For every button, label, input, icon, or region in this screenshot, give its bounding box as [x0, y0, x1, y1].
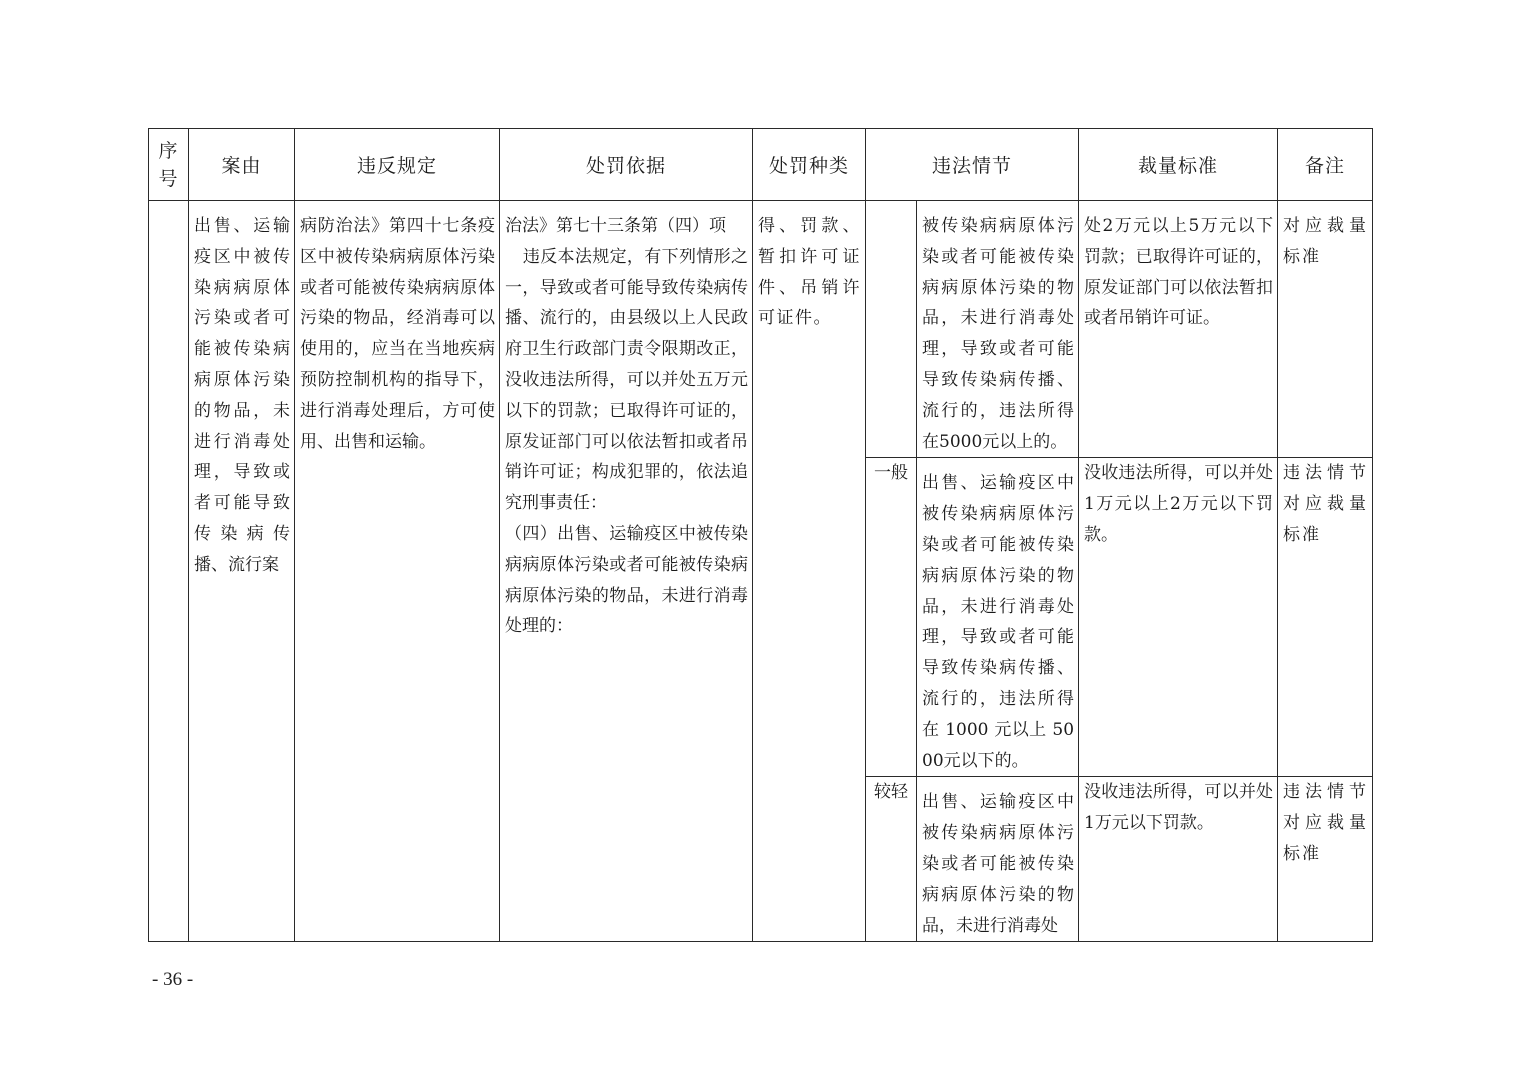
cell-remark-2: 违法情节对应裁量标准	[1278, 458, 1373, 777]
standard-text-1: 处2万元以上5万元以下罚款；已取得许可证的，原发证部门可以依法暂扣或者吊销许可证…	[1079, 201, 1277, 334]
header-circumstances: 违法情节	[866, 129, 1079, 201]
header-violated-rule: 违反规定	[295, 129, 500, 201]
header-discretion-standard: 裁量标准	[1079, 129, 1278, 201]
cell-standard-2: 没收违法所得，可以并处1万元以上2万元以下罚款。	[1079, 458, 1278, 777]
circumstance-text-2: 出售、运输疫区中被传染病病原体污染或者可能被传染病病原体污染的物品，未进行消毒处…	[917, 458, 1078, 776]
page-number: - 36 -	[152, 969, 193, 991]
remark-text-2: 违法情节对应裁量标准	[1278, 458, 1372, 550]
penalty-basis-para1: 违反本法规定，有下列情形之一，导致或者可能导致传染病传播、流行的，由县级以上人民…	[505, 242, 748, 519]
header-remarks: 备注	[1278, 129, 1373, 201]
penalty-basis-text: 治法》第七十三条第（四）项 违反本法规定，有下列情形之一，导致或者可能导致传染病…	[500, 201, 752, 642]
cell-circumstance-2: 出售、运输疫区中被传染病病原体污染或者可能被传染病病原体污染的物品，未进行消毒处…	[917, 458, 1079, 777]
cell-penalty-basis: 治法》第七十三条第（四）项 违反本法规定，有下列情形之一，导致或者可能导致传染病…	[500, 201, 753, 942]
circumstance-text-3: 出售、运输疫区中被传染病病原体污染或者可能被传染病病原体污染的物品，未进行消毒处	[917, 777, 1078, 941]
table-header-row: 序号 案由 违反规定 处罚依据 处罚种类 违法情节 裁量标准 备注	[149, 129, 1373, 201]
cell-seq	[149, 201, 189, 942]
standard-text-2: 没收违法所得，可以并处1万元以上2万元以下罚款。	[1079, 458, 1277, 550]
penalty-discretion-table: 序号 案由 违反规定 处罚依据 处罚种类 违法情节 裁量标准 备注 出售、运输疫…	[148, 128, 1373, 942]
cell-level-minor: 较轻	[866, 777, 917, 942]
cell-level-general: 一般	[866, 458, 917, 777]
case-text: 出售、运输疫区中被传染病病原体污染或者可能被传染病病原体污染的物品，未进行消毒处…	[189, 201, 294, 581]
header-penalty-basis: 处罚依据	[500, 129, 753, 201]
header-case: 案由	[189, 129, 295, 201]
cell-standard-1: 处2万元以上5万元以下罚款；已取得许可证的，原发证部门可以依法暂扣或者吊销许可证…	[1079, 201, 1278, 458]
cell-penalty-type: 得、罚款、暂扣许可证件、吊销许可证件。	[753, 201, 866, 942]
header-penalty-type: 处罚种类	[753, 129, 866, 201]
level-label-minor: 较轻	[874, 782, 908, 802]
remark-text-3: 违法情节对应裁量标准	[1278, 777, 1372, 869]
remark-text-1: 对应裁量标准	[1278, 201, 1372, 273]
circumstance-text-1: 被传染病病原体污染或者可能被传染病病原体污染的物品，未进行消毒处理，导致或者可能…	[917, 201, 1078, 457]
cell-remark-3: 违法情节对应裁量标准	[1278, 777, 1373, 942]
cell-circumstance-1: 被传染病病原体污染或者可能被传染病病原体污染的物品，未进行消毒处理，导致或者可能…	[917, 201, 1079, 458]
table-row: 出售、运输疫区中被传染病病原体污染或者可能被传染病病原体污染的物品，未进行消毒处…	[149, 201, 1373, 458]
penalty-type-text: 得、罚款、暂扣许可证件、吊销许可证件。	[753, 201, 865, 334]
cell-standard-3: 没收违法所得，可以并处1万元以下罚款。	[1079, 777, 1278, 942]
penalty-basis-para2: （四）出售、运输疫区中被传染病病原体污染或者可能被传染病病原体污染的物品，未进行…	[505, 519, 748, 642]
cell-case: 出售、运输疫区中被传染病病原体污染或者可能被传染病病原体污染的物品，未进行消毒处…	[189, 201, 295, 942]
cell-circumstance-3: 出售、运输疫区中被传染病病原体污染或者可能被传染病病原体污染的物品，未进行消毒处	[917, 777, 1079, 942]
header-seq: 序号	[149, 129, 189, 201]
standard-text-3: 没收违法所得，可以并处1万元以下罚款。	[1079, 777, 1277, 839]
violated-rule-text: 病防治法》第四十七条疫区中被传染病病原体污染或者可能被传染病病原体污染的物品，经…	[295, 201, 499, 457]
document-page: 序号 案由 违反规定 处罚依据 处罚种类 违法情节 裁量标准 备注 出售、运输疫…	[0, 0, 1520, 1074]
cell-level-serious	[866, 201, 917, 458]
penalty-basis-line1: 治法》第七十三条第（四）项	[505, 211, 748, 242]
level-label-general: 一般	[874, 463, 908, 483]
cell-remark-1: 对应裁量标准	[1278, 201, 1373, 458]
cell-violated-rule: 病防治法》第四十七条疫区中被传染病病原体污染或者可能被传染病病原体污染的物品，经…	[295, 201, 500, 942]
